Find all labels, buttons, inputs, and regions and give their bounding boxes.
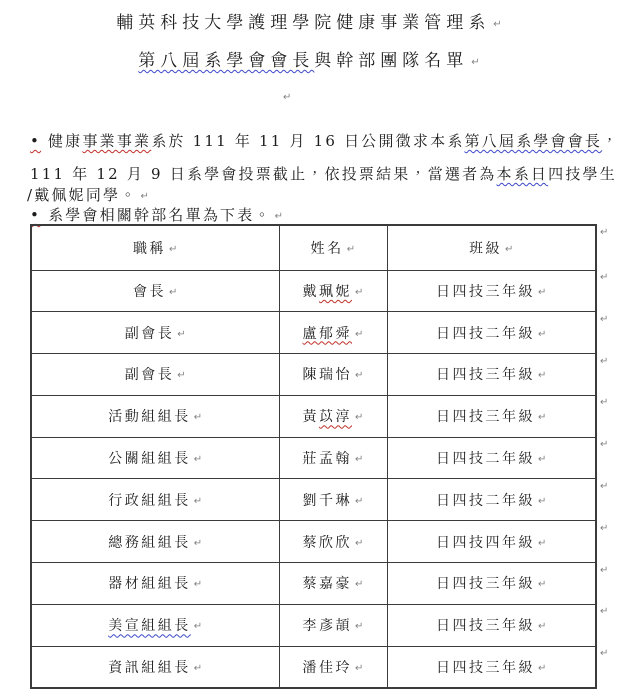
paragraph-mark-icon: ↵	[177, 329, 185, 340]
cell-class: 日四技三年級↵	[387, 563, 596, 605]
text-segment: 事業事業	[82, 132, 151, 150]
text-segment: •	[30, 206, 41, 224]
text-segment: 蔡嘉豪	[303, 576, 353, 592]
paragraph-line: • 健康事業事業系於 111 年 11 月 16 日公開徵求本系第八屆系學會會長…	[30, 130, 618, 151]
cell-mark-icon: ↵	[347, 244, 355, 255]
cell-name: 莊孟翰↵	[279, 437, 387, 479]
text-segment: 健康	[41, 132, 82, 150]
row-end-mark-icon: ↵	[600, 438, 608, 480]
cell-position: 器材組組長↵	[31, 563, 279, 605]
paragraph-mark-icon: ↵	[538, 454, 546, 465]
paragraph-mark-icon: ↵	[355, 412, 363, 423]
cell-class: 日四技三年級↵	[387, 646, 596, 688]
cell-name: 潘佳玲↵	[279, 646, 387, 688]
text-segment: 莊孟翰	[303, 451, 353, 467]
paragraph-line: • 系學會相關幹部名單為下表。↵	[30, 204, 283, 225]
doc-title: 輔英科技大學護理學院健康事業管理系↵	[0, 8, 618, 33]
col-header-name: 姓名↵	[279, 225, 387, 270]
text-segment: 副會長	[125, 326, 175, 342]
text-segment: 第八屆系學會會長	[138, 51, 314, 71]
paragraph-mark-icon: ↵	[355, 538, 363, 549]
col-header-label: 職稱	[133, 241, 166, 257]
text-segment: 系於 111 年 11 月 16 日公開徵求本系	[151, 132, 464, 150]
paragraph-mark-icon: ↵	[355, 496, 363, 507]
text-segment: 陳瑞怡	[303, 367, 353, 383]
table-row: 會長↵戴珮妮↵日四技三年級↵	[31, 270, 596, 312]
row-end-mark-icon: ↵	[600, 480, 608, 522]
paragraph-line: 111 年 12 月 9 日系學會投票截止，依投票結果，當選者為本系日四技學生	[30, 163, 617, 184]
row-end-mark-icon: ↵	[600, 564, 608, 606]
paragraph-mark-icon: ↵	[275, 211, 283, 222]
cell-mark-icon: ↵	[505, 244, 513, 255]
cell-name: 陳瑞怡↵	[279, 354, 387, 396]
cell-class: 日四技二年級↵	[387, 437, 596, 479]
text-segment: 日四技二年級	[436, 326, 535, 342]
row-end-mark-icon: ↵	[600, 226, 608, 271]
cell-name: 戴珮妮↵	[279, 270, 387, 312]
text-segment: 蔡欣欣	[303, 535, 353, 551]
paragraph-mark-icon: ↵	[194, 412, 202, 423]
paragraph-mark-icon: ↵	[538, 538, 546, 549]
text-segment: 日四技二年級	[436, 451, 535, 467]
paragraph-mark-icon: ↵	[355, 579, 363, 590]
text-segment: /戴佩妮同學。	[27, 186, 137, 204]
table-row: 副會長↵盧郁舜↵日四技二年級↵	[31, 312, 596, 354]
table-row: 副會長↵陳瑞怡↵日四技三年級↵	[31, 354, 596, 396]
text-segment: 盧郁舜	[303, 326, 353, 342]
text-segment: 器材組組長	[108, 576, 191, 592]
table-header-row: 職稱↵ 姓名↵ 班級↵	[31, 225, 596, 270]
text-segment: 珮妮	[319, 284, 352, 300]
col-header-label: 班級	[469, 241, 502, 257]
text-segment: 日四技三年級	[436, 660, 535, 676]
paragraph-mark-icon: ↵	[194, 579, 202, 590]
text-segment: 總務組組長	[108, 535, 191, 551]
text-segment: 日四技三年級	[436, 618, 535, 634]
paragraph-line: /戴佩妮同學。↵	[27, 184, 149, 205]
text-segment: 苡淳	[319, 409, 352, 425]
paragraph-mark-icon: ↵	[355, 663, 363, 674]
doc-title-text: 輔英科技大學護理學院健康事業管理系	[116, 13, 490, 33]
paragraph-mark-icon: ↵	[538, 287, 546, 298]
text-segment: 日四技三年級	[436, 576, 535, 592]
paragraph-mark-icon: ↵	[177, 370, 185, 381]
cell-position: 副會長↵	[31, 312, 279, 354]
paragraph-mark-icon: ↵	[194, 621, 202, 632]
paragraph-mark-icon: ↵	[194, 496, 202, 507]
paragraph-mark-icon: ↵	[538, 329, 546, 340]
doc-subtitle-text: 第八屆系學會會長與幹部團隊名單	[138, 51, 468, 71]
cell-position: 資訊組組長↵	[31, 646, 279, 688]
paragraph-mark-icon: ↵	[194, 454, 202, 465]
text-segment: 日四技三年級	[436, 284, 535, 300]
row-end-mark-icon: ↵	[600, 647, 608, 689]
cell-position: 美宣組組長↵	[31, 604, 279, 646]
row-end-mark-icon: ↵	[600, 522, 608, 564]
table-row: 總務組組長↵蔡欣欣↵日四技四年級↵	[31, 521, 596, 563]
cell-mark-icon: ↵	[169, 244, 177, 255]
row-end-mark-icon: ↵	[600, 271, 608, 313]
paragraph-mark-icon: ↵	[493, 19, 501, 30]
text-segment: 美宣組組長	[108, 618, 191, 634]
text-segment: 111 年 12 月 9 日系學會投票截止，依投票結果，當選者為	[30, 165, 497, 183]
paragraph-mark-icon: ↵	[538, 579, 546, 590]
cell-position: 副會長↵	[31, 354, 279, 396]
cell-name: 李彥頡↵	[279, 604, 387, 646]
cell-position: 會長↵	[31, 270, 279, 312]
cell-class: 日四技三年級↵	[387, 604, 596, 646]
cell-class: 日四技二年級↵	[387, 312, 596, 354]
cell-name: 劉千琳↵	[279, 479, 387, 521]
row-end-mark-icon: ↵	[600, 605, 608, 647]
table-row: 行政組組長↵劉千琳↵日四技二年級↵	[31, 479, 596, 521]
officers-table: 職稱↵ 姓名↵ 班級↵ 會長↵戴珮妮↵日四技三年級↵副會長↵盧郁舜↵日四技二年級…	[30, 224, 597, 689]
row-end-marks: ↵↵↵↵↵↵↵↵↵↵↵	[600, 226, 608, 689]
text-segment: 日四技二年級	[436, 493, 535, 509]
cell-position: 行政組組長↵	[31, 479, 279, 521]
table-row: 美宣組組長↵李彥頡↵日四技三年級↵	[31, 604, 596, 646]
text-segment: ，	[602, 132, 618, 150]
paragraph-mark-icon: ↵	[538, 370, 546, 381]
text-segment: 資訊組組長	[108, 660, 191, 676]
table-row: 器材組組長↵蔡嘉豪↵日四技三年級↵	[31, 563, 596, 605]
cell-position: 公關組組長↵	[31, 437, 279, 479]
text-segment: 副會長	[125, 367, 175, 383]
paragraph-mark-icon: ↵	[194, 538, 202, 549]
paragraph-mark-icon: ↵	[538, 412, 546, 423]
col-header-position: 職稱↵	[31, 225, 279, 270]
text-segment: 潘佳玲	[303, 660, 353, 676]
cell-class: 日四技二年級↵	[387, 479, 596, 521]
text-segment: 日四技三年級	[436, 409, 535, 425]
paragraph-mark-icon: ↵	[538, 496, 546, 507]
paragraph-mark-icon: ↵	[355, 454, 363, 465]
paragraph-mark-icon: ↵	[355, 370, 363, 381]
row-end-mark-icon: ↵	[600, 396, 608, 438]
paragraph-mark-icon: ↵	[194, 663, 202, 674]
cell-class: 日四技四年級↵	[387, 521, 596, 563]
paragraph-mark-icon: ↵	[355, 329, 363, 340]
document-page: 輔英科技大學護理學院健康事業管理系↵ 第八屆系學會會長與幹部團隊名單↵ ↵ • …	[0, 0, 618, 700]
row-end-mark-icon: ↵	[600, 313, 608, 355]
table-row: 公關組組長↵莊孟翰↵日四技二年級↵	[31, 437, 596, 479]
paragraph-mark-icon: ↵	[140, 191, 148, 202]
paragraph-mark-icon: ↵	[355, 287, 363, 298]
text-segment: 李彥頡	[303, 618, 353, 634]
cell-name: 黃苡淳↵	[279, 395, 387, 437]
paragraph-mark-icon: ↵	[538, 621, 546, 632]
cell-position: 活動組組長↵	[31, 395, 279, 437]
paragraph-mark-icon: ↵	[471, 57, 479, 68]
paragraph-mark-icon: ↵	[283, 92, 291, 103]
text-segment: 公關組組長	[108, 451, 191, 467]
text-segment: 本系日	[497, 165, 549, 183]
text-segment: 會長	[133, 284, 166, 300]
text-segment: 黃	[303, 409, 320, 425]
col-header-label: 姓名	[311, 241, 344, 257]
cell-class: 日四技三年級↵	[387, 270, 596, 312]
cell-class: 日四技三年級↵	[387, 354, 596, 396]
col-header-class: 班級↵	[387, 225, 596, 270]
text-segment: 第八屆系學會會長	[464, 132, 602, 150]
cell-class: 日四技三年級↵	[387, 395, 596, 437]
paragraph-mark-icon: ↵	[538, 663, 546, 674]
text-segment: 活動組組長	[108, 409, 191, 425]
text-segment: 與幹部團隊名單	[314, 51, 468, 71]
text-segment: 日四技四年級	[436, 535, 535, 551]
doc-subtitle: 第八屆系學會會長與幹部團隊名單↵	[0, 46, 618, 71]
cell-position: 總務組組長↵	[31, 521, 279, 563]
table-row: 活動組組長↵黃苡淳↵日四技三年級↵	[31, 395, 596, 437]
text-segment: 四技學生	[548, 165, 617, 183]
text-segment: 劉千琳	[303, 493, 353, 509]
cell-name: 盧郁舜↵	[279, 312, 387, 354]
cell-name: 蔡嘉豪↵	[279, 563, 387, 605]
text-segment: 系學會相關幹部名單為下表。	[41, 206, 272, 224]
cell-name: 蔡欣欣↵	[279, 521, 387, 563]
text-segment: 行政組組長	[108, 493, 191, 509]
text-segment: •	[30, 132, 41, 150]
paragraph-mark-icon: ↵	[169, 287, 177, 298]
table-row: 資訊組組長↵潘佳玲↵日四技三年級↵	[31, 646, 596, 688]
paragraph-mark-icon: ↵	[355, 621, 363, 632]
text-segment: 日四技三年級	[436, 367, 535, 383]
row-end-mark-icon: ↵	[600, 355, 608, 397]
text-segment: 戴	[303, 284, 320, 300]
